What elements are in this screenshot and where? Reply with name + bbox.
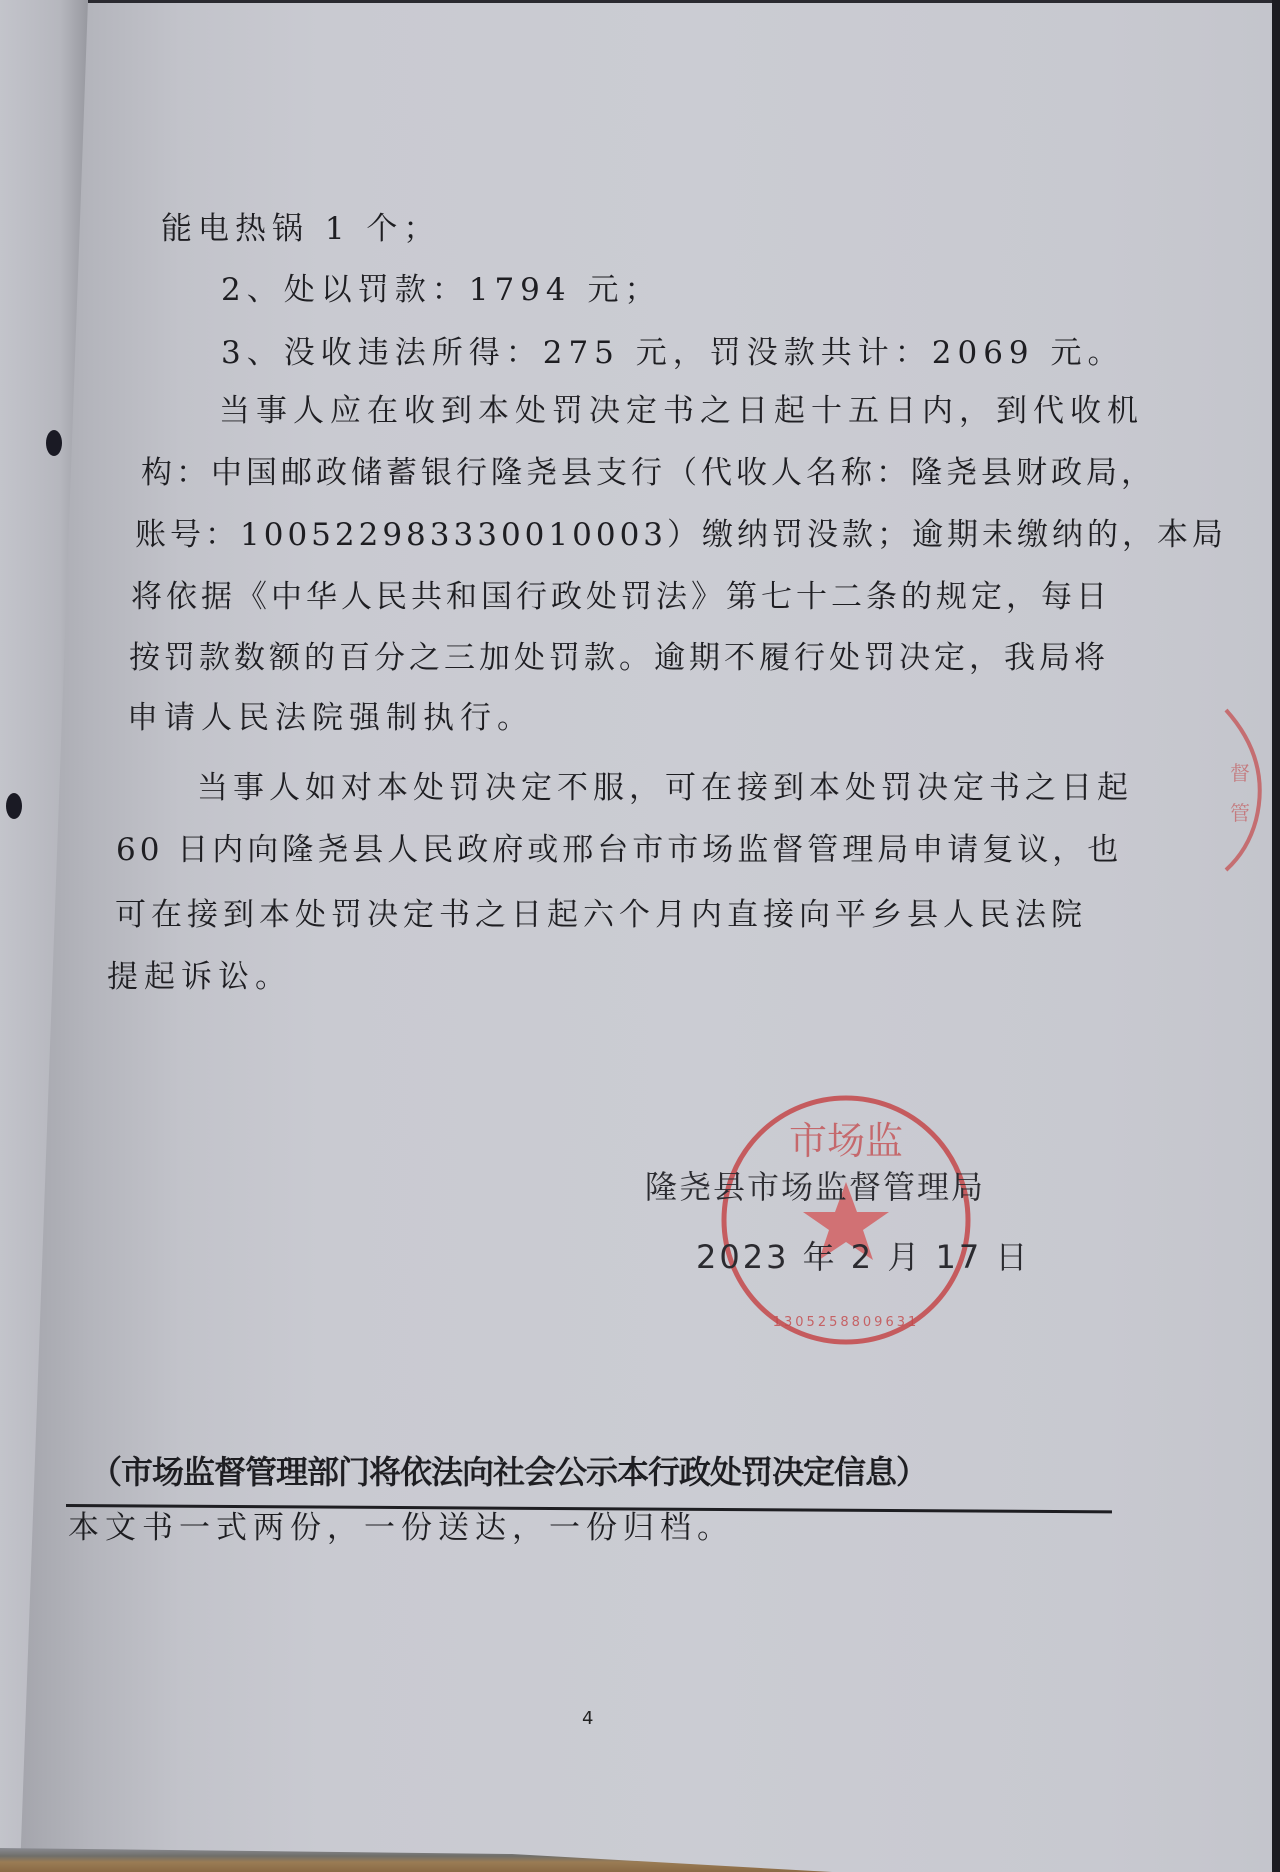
svg-text:管: 管 — [1230, 801, 1250, 825]
issuing-authority: 隆尧县市场监督管理局 — [645, 1167, 985, 1207]
page-number: 4 — [582, 1708, 593, 1729]
svg-text:督: 督 — [1230, 761, 1250, 785]
text-line: 按罚款数额的百分之三加处罚款。逾期不履行处罚决定，我局将 — [129, 638, 1109, 678]
partial-seal-icon: 督 管 — [1216, 700, 1276, 880]
text-line: 提起诉讼。 — [107, 957, 292, 997]
text-line: 能电热锅 1 个； — [161, 209, 440, 249]
binding-hole-icon — [6, 793, 22, 819]
text-line-fine: 2、处以罚款：1794 元； — [221, 270, 661, 310]
copies-note: 本文书一式两份，一份送达，一份归档。 — [68, 1508, 734, 1548]
text-line: 当事人应在收到本处罚决定书之日起十五日内，到代收机 — [219, 391, 1144, 431]
text-line: 当事人如对本处罚决定不服，可在接到本处罚决定书之日起 — [197, 768, 1133, 808]
text-line: 将依据《中华人民共和国行政处罚法》第七十二条的规定，每日 — [131, 577, 1111, 617]
text-line-account: 账号：100522983330010003）缴纳罚没款；逾期未缴纳的，本局 — [135, 515, 1227, 555]
issue-date: 2023 年 2 月 17 日 — [696, 1237, 1030, 1277]
text-line-confiscation: 3、没收违法所得：275 元，罚没款共计：2069 元。 — [221, 333, 1125, 373]
text-line: 60 日内向隆尧县人民政府或邢台市市场监督管理局申请复议，也 — [116, 830, 1122, 870]
public-disclosure-notice: （市场监督管理部门将依法向社会公示本行政处罚决定信息） — [90, 1450, 927, 1494]
top-edge-shadow — [88, 0, 1272, 3]
official-seal-icon: 市场监 1305258809631 — [716, 1090, 976, 1350]
text-line-bank: 构：中国邮政储蓄银行隆尧县支行（代收人名称：隆尧县财政局， — [141, 453, 1156, 493]
text-line: 可在接到本处罚决定书之日起六个月内直接向平乡县人民法院 — [115, 895, 1087, 935]
text-line: 申请人民法院强制执行。 — [127, 698, 534, 738]
binding-hole-icon — [46, 430, 62, 456]
svg-text:市场监: 市场监 — [789, 1119, 903, 1163]
svg-text:1305258809631: 1305258809631 — [773, 1315, 920, 1330]
right-edge-shadow — [1272, 0, 1280, 1872]
